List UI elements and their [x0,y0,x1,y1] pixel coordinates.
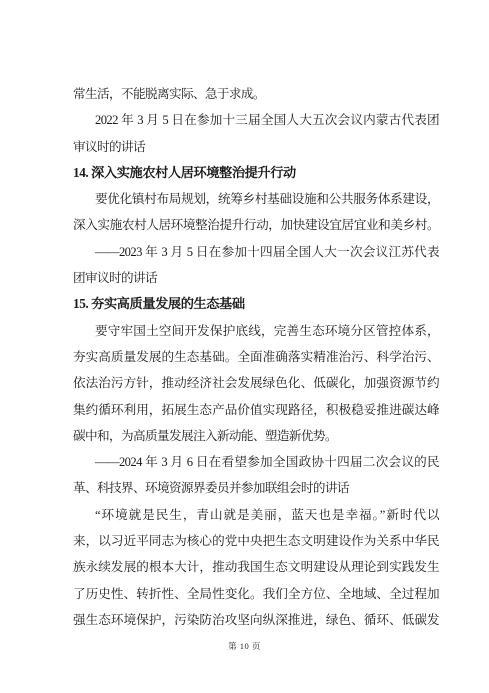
citation-line: 审议时的讲话 [73,134,439,160]
page-footer: 第 10 页 [0,640,489,652]
page-number: 第 10 页 [228,641,261,651]
section-heading-14: 14. 深入实施农村人居环境整治提升行动 [73,160,439,186]
paragraph-line: 碳中和，为高质量发展注入新动能、塑造新优势。 [73,423,439,449]
citation-line: 2022 年 3 月 5 日在参加十三届全国人大五次会议内蒙古代表团 [73,107,439,133]
paragraph-line: 强生态环境保护，污染防治攻坚向纵深推进，绿色、循环、低碳发 [73,607,439,633]
paragraph-line: 要优化镇村布局规划，统筹乡村基础设施和公共服务体系建设， [73,186,439,212]
paragraph-line: 依法治污方针，推动经济社会发展绿色化、低碳化，加强资源节约 [73,370,439,396]
paragraph-line: 深入实施农村人居环境整治提升行动，加快建设宜居宜业和美乡村。 [73,212,439,238]
citation-line: 团审议时的讲话 [73,265,439,291]
paragraph-line: “环境就是民生，青山就是美丽，蓝天也是幸福。”新时代以 [73,502,439,528]
document-body: 常生活，不能脱离实际、急于求成。 2022 年 3 月 5 日在参加十三届全国人… [73,81,439,633]
paragraph-line: 要守牢国土空间开发保护底线，完善生态环境分区管控体系， [73,318,439,344]
paragraph-line: 了历史性、转折性、全局性变化。我们全方位、全地域、全过程加 [73,581,439,607]
citation-line: 革、科技界、环境资源界委员并参加联组会时的讲话 [73,475,439,501]
paragraph-line: 族永续发展的根本大计，推动我国生态文明建设从理论到实践发生 [73,554,439,580]
paragraph-line: 集约循环利用，拓展生态产品价值实现路径，积极稳妥推进碳达峰 [73,397,439,423]
citation-line: ——2024 年 3 月 6 日在看望参加全国政协十四届二次会议的民 [73,449,439,475]
paragraph-line: 常生活，不能脱离实际、急于求成。 [73,81,439,107]
document-page: 常生活，不能脱离实际、急于求成。 2022 年 3 月 5 日在参加十三届全国人… [0,0,489,693]
section-heading-15: 15. 夯实高质量发展的生态基础 [73,291,439,317]
paragraph-line: 来，以习近平同志为核心的党中央把生态文明建设作为关系中华民 [73,528,439,554]
paragraph-line: 夯实高质量发展的生态基础。全面准确落实精准治污、科学治污、 [73,344,439,370]
citation-line: ——2023 年 3 月 5 日在参加十四届全国人大一次会议江苏代表 [73,239,439,265]
